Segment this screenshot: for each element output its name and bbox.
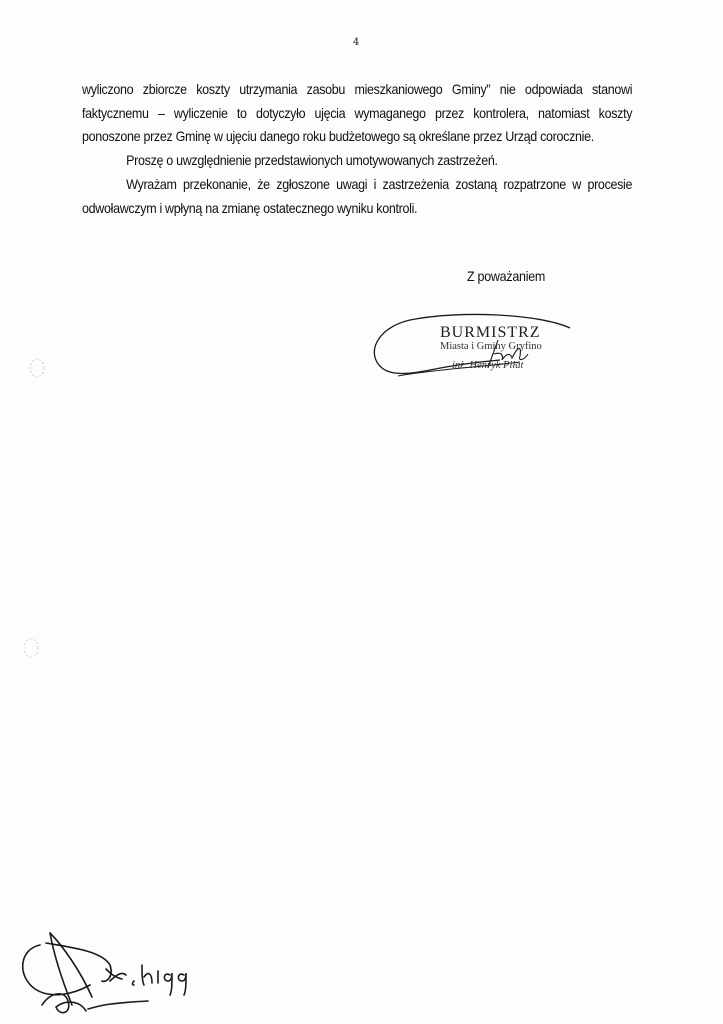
document-page: 4 wyliczono zbiorcze koszty utrzymania z…	[0, 0, 723, 1024]
stamp-subtitle: Miasta i Gminy Gryfino	[440, 341, 542, 352]
paragraph-3: Wyrażam przekonanie, że zgłoszone uwagi …	[82, 173, 632, 220]
mayor-stamp-signature: BURMISTRZ Miasta i Gminy Gryfino inż. He…	[370, 310, 610, 385]
paragraph-2: Proszę o uwzględnienie przedstawionych u…	[82, 149, 632, 173]
punch-hole-bottom-icon	[20, 635, 42, 661]
page-number: 4	[0, 37, 712, 48]
punch-hole-top-icon	[26, 355, 48, 381]
handwritten-annotation-icon	[10, 925, 210, 1020]
letter-body: wyliczono zbiorcze koszty utrzymania zas…	[82, 78, 632, 220]
closing-salutation: Z poważaniem	[467, 269, 545, 284]
stamp-name: inż. Henryk Piłat	[452, 360, 523, 371]
paragraph-1: wyliczono zbiorcze koszty utrzymania zas…	[82, 78, 632, 149]
stamp-title: BURMISTRZ	[440, 324, 541, 342]
